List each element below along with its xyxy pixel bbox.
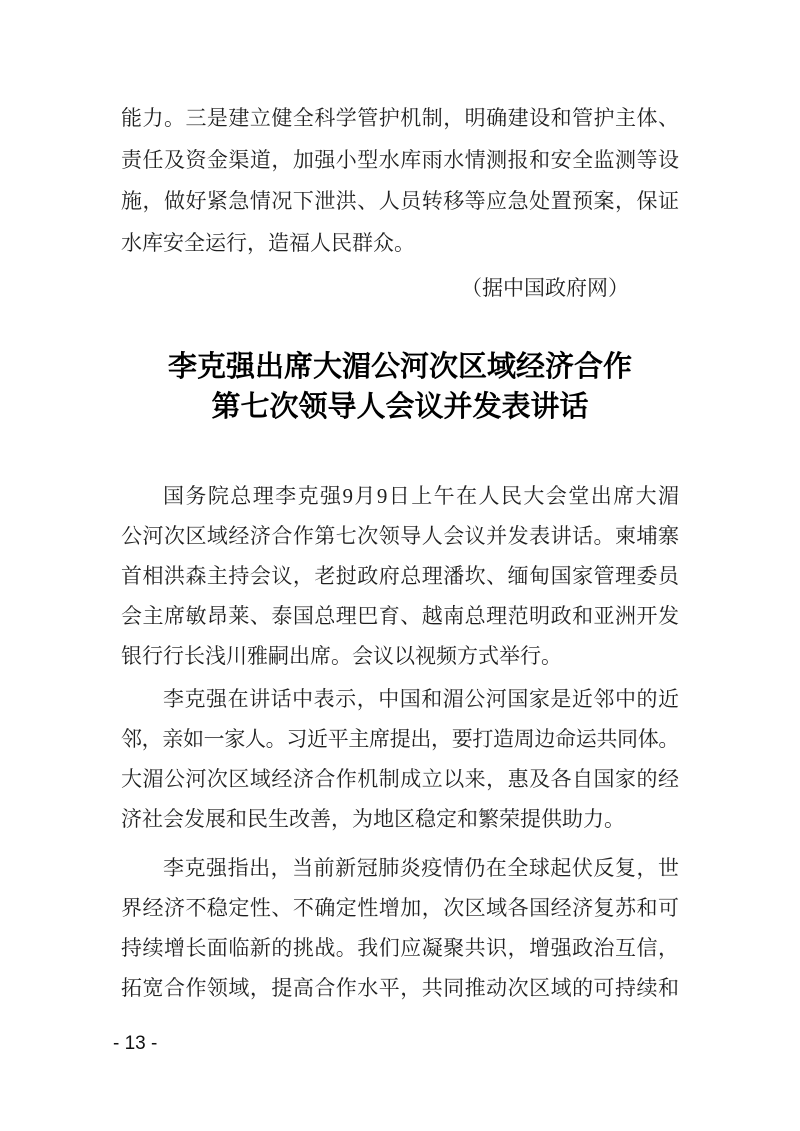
- body-line: 国务院总理李克强9月9日上午在人民大会堂出席大湄: [121, 476, 679, 516]
- document-page: { "page": { "number_label": "- 13 -", "b…: [0, 0, 800, 1131]
- page-number: - 13 -: [113, 1031, 157, 1057]
- body-line: 济社会发展和民生改善，为地区稳定和繁荣提供助力。: [121, 799, 679, 839]
- article-title-line-1: 李克强出席大湄公河次区域经济合作: [121, 347, 679, 387]
- body-line: 拓宽合作领域，提高合作水平，共同推动次区域的可持续和: [121, 968, 679, 1008]
- body-line: 公河次区域经济合作第七次领导人会议并发表讲话。柬埔寨: [121, 516, 679, 556]
- body-line: 水库安全运行，造福人民群众。: [121, 223, 679, 265]
- paragraph-1: 国务院总理李克强9月9日上午在人民大会堂出席大湄 公河次区域经济合作第七次领导人…: [121, 476, 679, 676]
- attribution-line: （据中国政府网）: [121, 268, 679, 308]
- body-line: 首相洪森主持会议，老挝政府总理潘坎、缅甸国家管理委员: [121, 556, 679, 596]
- body-line: 能力。三是建立健全科学管护机制，明确建设和管护主体、: [121, 98, 679, 140]
- paragraph-3: 李克强指出，当前新冠肺炎疫情仍在全球起伏反复，世 界经济不稳定性、不确定性增加，…: [121, 848, 679, 1008]
- body-line: 界经济不稳定性、不确定性增加，次区域各国经济复苏和可: [121, 888, 679, 928]
- body-line: 会主席敏昂莱、泰国总理巴育、越南总理范明政和亚洲开发: [121, 596, 679, 636]
- article-title-line-2: 第七次领导人会议并发表讲话: [121, 387, 679, 427]
- body-line: 李克强在讲话中表示，中国和湄公河国家是近邻中的近: [121, 679, 679, 719]
- body-line: 大湄公河次区域经济合作机制成立以来，惠及各自国家的经: [121, 759, 679, 799]
- body-line: 施，做好紧急情况下泄洪、人员转移等应急处置预案，保证: [121, 181, 679, 223]
- body-line: 责任及资金渠道，加强小型水库雨水情测报和安全监测等设: [121, 140, 679, 182]
- paragraph-2: 李克强在讲话中表示，中国和湄公河国家是近邻中的近 邻，亲如一家人。习近平主席提出…: [121, 679, 679, 839]
- article-title: 李克强出席大湄公河次区域经济合作 第七次领导人会议并发表讲话: [121, 347, 679, 427]
- body-line: 银行行长浅川雅嗣出席。会议以视频方式举行。: [121, 636, 679, 676]
- body-line: 李克强指出，当前新冠肺炎疫情仍在全球起伏反复，世: [121, 848, 679, 888]
- body-line: 持续增长面临新的挑战。我们应凝聚共识，增强政治互信，: [121, 928, 679, 968]
- previous-article-continuation: 能力。三是建立健全科学管护机制，明确建设和管护主体、 责任及资金渠道，加强小型水…: [121, 98, 679, 264]
- body-line: 邻，亲如一家人。习近平主席提出，要打造周边命运共同体。: [121, 719, 679, 759]
